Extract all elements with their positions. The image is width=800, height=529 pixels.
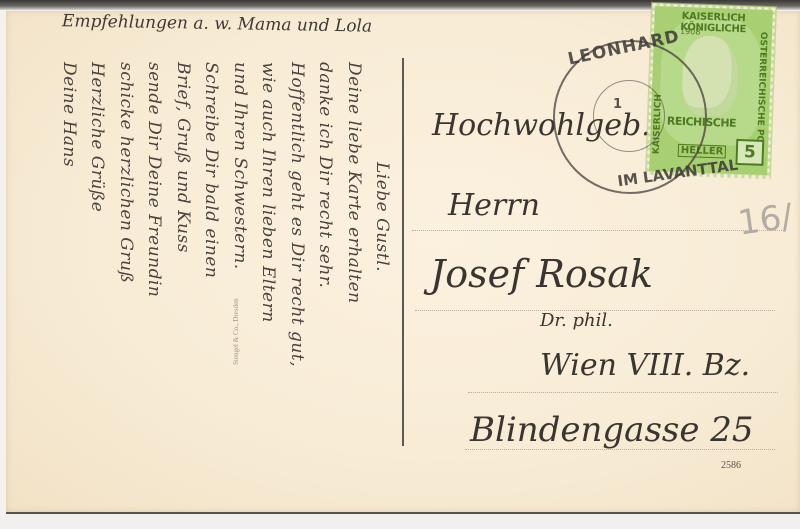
message-line: Deine Hans xyxy=(59,62,79,167)
message-line: Brief, Gruß und Kuss xyxy=(173,62,193,253)
message-line: Deine liebe Karte erhalten xyxy=(344,62,364,304)
printer-imprint: Stengel & Co., Dresden xyxy=(232,298,240,365)
address-street: Blindengasse 25 xyxy=(470,410,754,450)
address-line xyxy=(468,392,778,393)
message-line: schicke herzlichen Gruß xyxy=(116,62,136,283)
message-line: Hoffentlich geht es Dir recht gut, xyxy=(287,62,307,367)
scan-background xyxy=(0,514,800,529)
postmark-date: 1 xyxy=(613,97,622,112)
center-divider xyxy=(402,58,404,446)
stamp-year: 1908 xyxy=(680,27,701,37)
postmark-inner-ring xyxy=(593,80,665,152)
stamp-value: 5 xyxy=(735,139,764,166)
print-number: 2586 xyxy=(721,460,741,471)
address-title: Dr. phil. xyxy=(540,310,613,331)
address-line xyxy=(412,230,782,231)
message-line: Schreibe Dir bald einen xyxy=(201,62,221,278)
message-line: Herzliche Grüße xyxy=(87,62,107,212)
pencil-note: 16/ xyxy=(735,196,795,243)
message-line: wie auch Ihren lieben Eltern xyxy=(258,62,278,323)
address-recipient-name: Josef Rosak xyxy=(430,252,653,296)
message-line: und Ihren Schwestern. xyxy=(230,62,250,270)
postmark-cancel: LEONHARD IM LAVANTTAL 1 xyxy=(553,40,707,194)
address-city: Wien VIII. Bz. xyxy=(540,348,750,383)
address-salutation: Herrn xyxy=(448,188,540,223)
message-line: danke ich Dir recht sehr. xyxy=(315,62,335,288)
message-line: Liebe Gustl. xyxy=(372,162,392,272)
message-line: sende Dir Deine Freundin xyxy=(144,62,164,297)
